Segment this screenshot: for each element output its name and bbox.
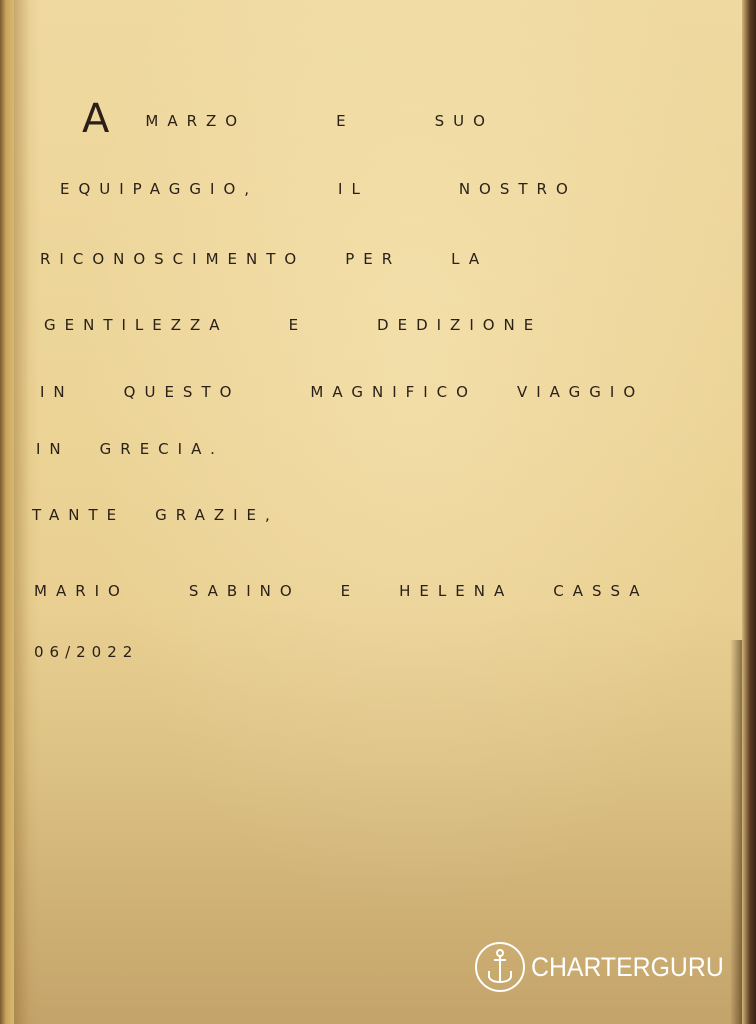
handwritten-note: AMarzoesuo equipaggio,ilnostro riconosci… — [0, 0, 756, 1024]
signature-word: Mario — [34, 582, 129, 600]
signature-word: Cassa — [553, 582, 648, 600]
watermark-logo: CHARTERGURU — [475, 940, 741, 994]
note-word: magnifico — [310, 383, 477, 401]
note-word: e — [289, 316, 307, 334]
note-word: il — [338, 180, 369, 198]
note-word: Grecia. — [100, 440, 224, 458]
note-word: nostro — [459, 180, 577, 198]
signature-word: Helena — [399, 582, 513, 600]
note-word: Tante — [32, 506, 125, 524]
note-word: grazie, — [155, 506, 279, 524]
brand-name: CHARTERGURU — [531, 952, 724, 983]
note-word: viaggio — [517, 383, 644, 401]
note-word: suo — [435, 112, 494, 130]
note-line-6: inGrecia. — [36, 440, 258, 458]
note-word: equipaggio, — [60, 180, 258, 198]
note-word: in — [36, 440, 70, 458]
note-date: 06/2022 — [34, 643, 172, 661]
note-word: A — [82, 96, 109, 142]
note-word: questo — [124, 383, 241, 401]
note-line-4: gentilezzaededizione — [44, 316, 576, 334]
note-word: gentilezza — [44, 316, 229, 334]
note-word: Marzo — [145, 112, 246, 130]
note-word: dedizione — [377, 316, 542, 334]
date-text: 06/2022 — [34, 643, 138, 661]
note-line-2: equipaggio,ilnostro — [60, 180, 611, 198]
photo: AMarzoesuo equipaggio,ilnostro riconosci… — [0, 0, 756, 1024]
anchor-icon — [475, 942, 525, 992]
note-word: in — [40, 383, 74, 401]
note-line-8-signature: MarioSabinoeHelenaCassa — [34, 582, 683, 600]
note-word: per — [345, 250, 401, 268]
note-line-7: Tantegrazie, — [32, 506, 313, 524]
note-word: e — [336, 112, 354, 130]
note-line-3: riconoscimentoperla — [40, 250, 522, 268]
note-word: riconoscimento — [40, 250, 305, 268]
signature-word: Sabino — [189, 582, 301, 600]
note-word: la — [451, 250, 488, 268]
note-line-5: inquestomagnificoviaggio — [40, 383, 678, 401]
note-line-1: AMarzoesuo — [82, 96, 528, 142]
signature-word: e — [341, 582, 359, 600]
